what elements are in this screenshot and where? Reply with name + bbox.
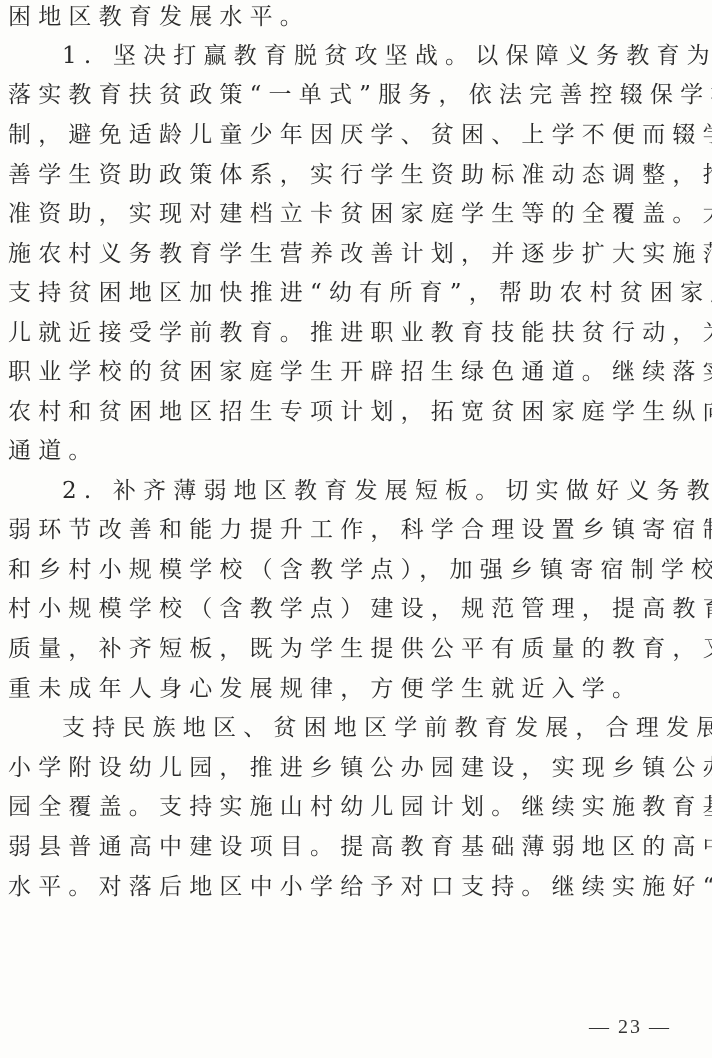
text-line: 弱环节改善和能力提升工作，科学合理设置乡镇寄宿制学校 <box>8 513 708 547</box>
text-line: 小学附设幼儿园，推进乡镇公办园建设，实现乡镇公办幼儿 <box>8 751 708 785</box>
text-line: 村小规模学校（含教学点）建设，规范管理，提高教育教学 <box>8 592 708 626</box>
text-line: 和乡村小规模学校（含教学点），加强乡镇寄宿制学校和乡 <box>8 553 708 587</box>
page-number: — 23 — <box>580 1016 680 1039</box>
text-line: 支持贫困地区加快推进“幼有所育”，帮助农村贫困家庭幼 <box>8 276 708 310</box>
text-line: 儿就近接受学前教育。推进职业教育技能扶贫行动，为就读 <box>8 316 708 350</box>
text-line: 园全覆盖。支持实施山村幼儿园计划。继续实施教育基础薄 <box>8 790 708 824</box>
text-line: 水平。对落后地区中小学给予对口支持。继续实施好“同心 <box>8 870 708 904</box>
text-line: 支持民族地区、贫困地区学前教育发展，合理发展农村 <box>62 711 708 745</box>
text-line: 制，避免适龄儿童少年因厌学、贫困、上学不便而辍学。完 <box>8 118 708 152</box>
text-line: 弱县普通高中建设项目。提高教育基础薄弱地区的高中普及 <box>8 830 708 864</box>
text-line: 困地区教育发展水平。 <box>8 0 310 34</box>
text-line: 农村和贫困地区招生专项计划，拓宽贫困家庭学生纵向流动 <box>8 395 708 429</box>
text-line: 重未成年人身心发展规律，方便学生就近入学。 <box>8 672 642 706</box>
text-line: 善学生资助政策体系，实行学生资助标准动态调整，推进精 <box>8 158 708 192</box>
text-line: 通道。 <box>8 434 99 468</box>
text-line: 2. 补齐薄弱地区教育发展短板。切实做好义务教育薄 <box>62 474 708 508</box>
text-line: 落实教育扶贫政策“一单式”服务，依法完善控辍保学机 <box>8 78 708 112</box>
text-line: 职业学校的贫困家庭学生开辟招生绿色通道。继续落实国家 <box>8 355 708 389</box>
text-line: 施农村义务教育学生营养改善计划，并逐步扩大实施范围。 <box>8 237 708 271</box>
text-line: 质量，补齐短板，既为学生提供公平有质量的教育，又要尊 <box>8 632 708 666</box>
text-line: 准资助，实现对建档立卡贫困家庭学生等的全覆盖。大力实 <box>8 197 708 231</box>
text-line: 1. 坚决打赢教育脱贫攻坚战。以保障义务教育为核心， <box>62 39 708 73</box>
